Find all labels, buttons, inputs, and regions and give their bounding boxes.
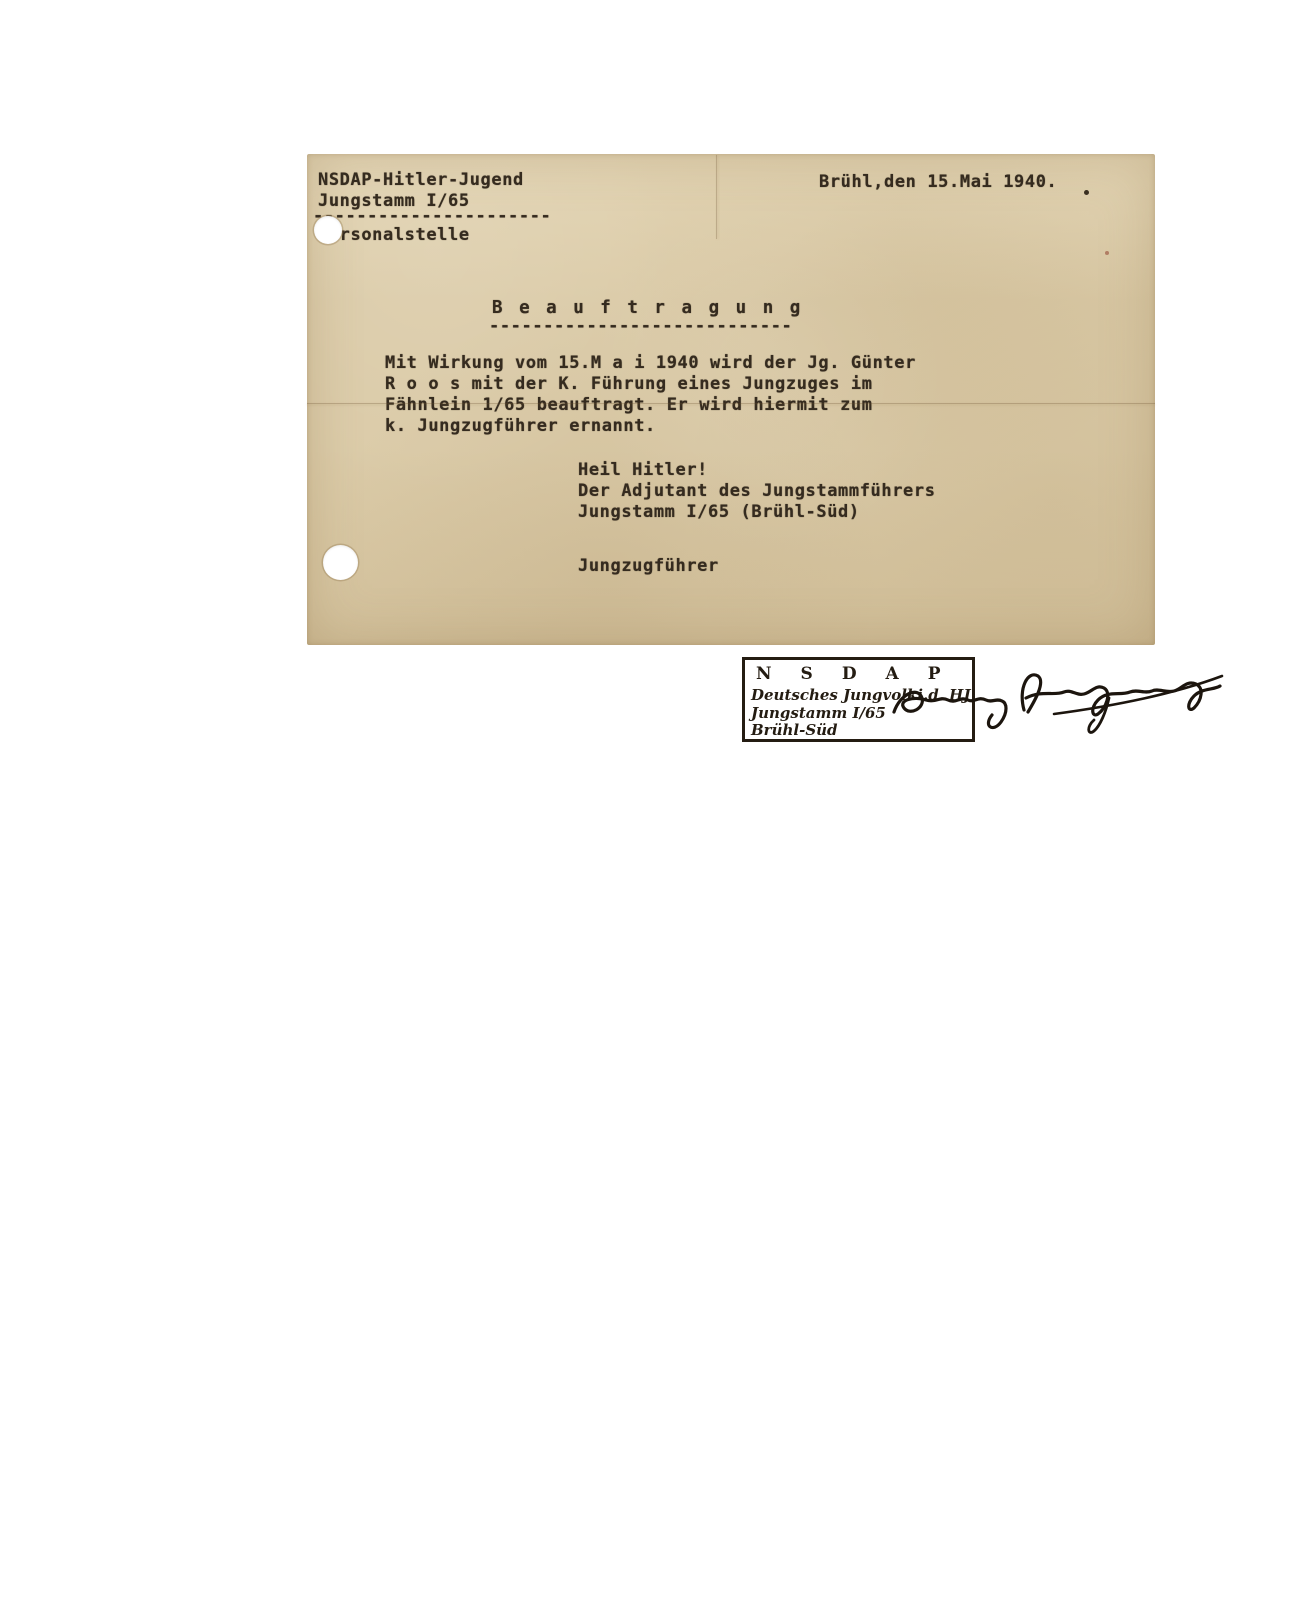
dateline: Brühl,den 15.Mai 1940. <box>819 172 1057 193</box>
hole-punch-bottom <box>323 545 358 580</box>
closing-salute: Heil Hitler! <box>578 460 708 481</box>
fold-crease-horizontal <box>307 403 1155 404</box>
paper-speck <box>1105 251 1109 255</box>
body-line-4: k. Jungzugführer ernannt. <box>385 416 656 437</box>
fold-crease-vertical <box>716 155 717 239</box>
body-line-2: R o o s mit der K. Führung eines Jungzug… <box>385 374 873 395</box>
signer-rank: Jungzugführer <box>578 556 719 577</box>
sender-org-line1: NSDAP-Hitler-Jugend <box>318 170 524 191</box>
title-underline-dashes: ---------------------------- <box>489 316 792 337</box>
letter-paper: NSDAP-Hitler-Jugend Jungstamm I/65 -----… <box>307 154 1155 645</box>
stamp-row-jungstamm: Jungstamm I/65 <box>751 704 886 722</box>
sender-divider-dashes: ---------------------- <box>313 206 551 227</box>
body-line-1: Mit Wirkung vom 15.M a i 1940 wird der J… <box>385 353 916 374</box>
handwritten-signature <box>884 654 1224 734</box>
ink-speck <box>1084 190 1089 195</box>
scan-canvas: NSDAP-Hitler-Jugend Jungstamm I/65 -----… <box>0 0 1301 1610</box>
body-line-3: Fähnlein 1/65 beauftragt. Er wird hiermi… <box>385 395 873 416</box>
hole-punch-top <box>314 216 342 244</box>
signer-title-line1: Der Adjutant des Jungstammführers <box>578 481 936 502</box>
stamp-row-bruehl-sued: Brühl-Süd <box>751 721 838 739</box>
signer-title-line2: Jungstamm I/65 (Brühl-Süd) <box>578 502 860 523</box>
